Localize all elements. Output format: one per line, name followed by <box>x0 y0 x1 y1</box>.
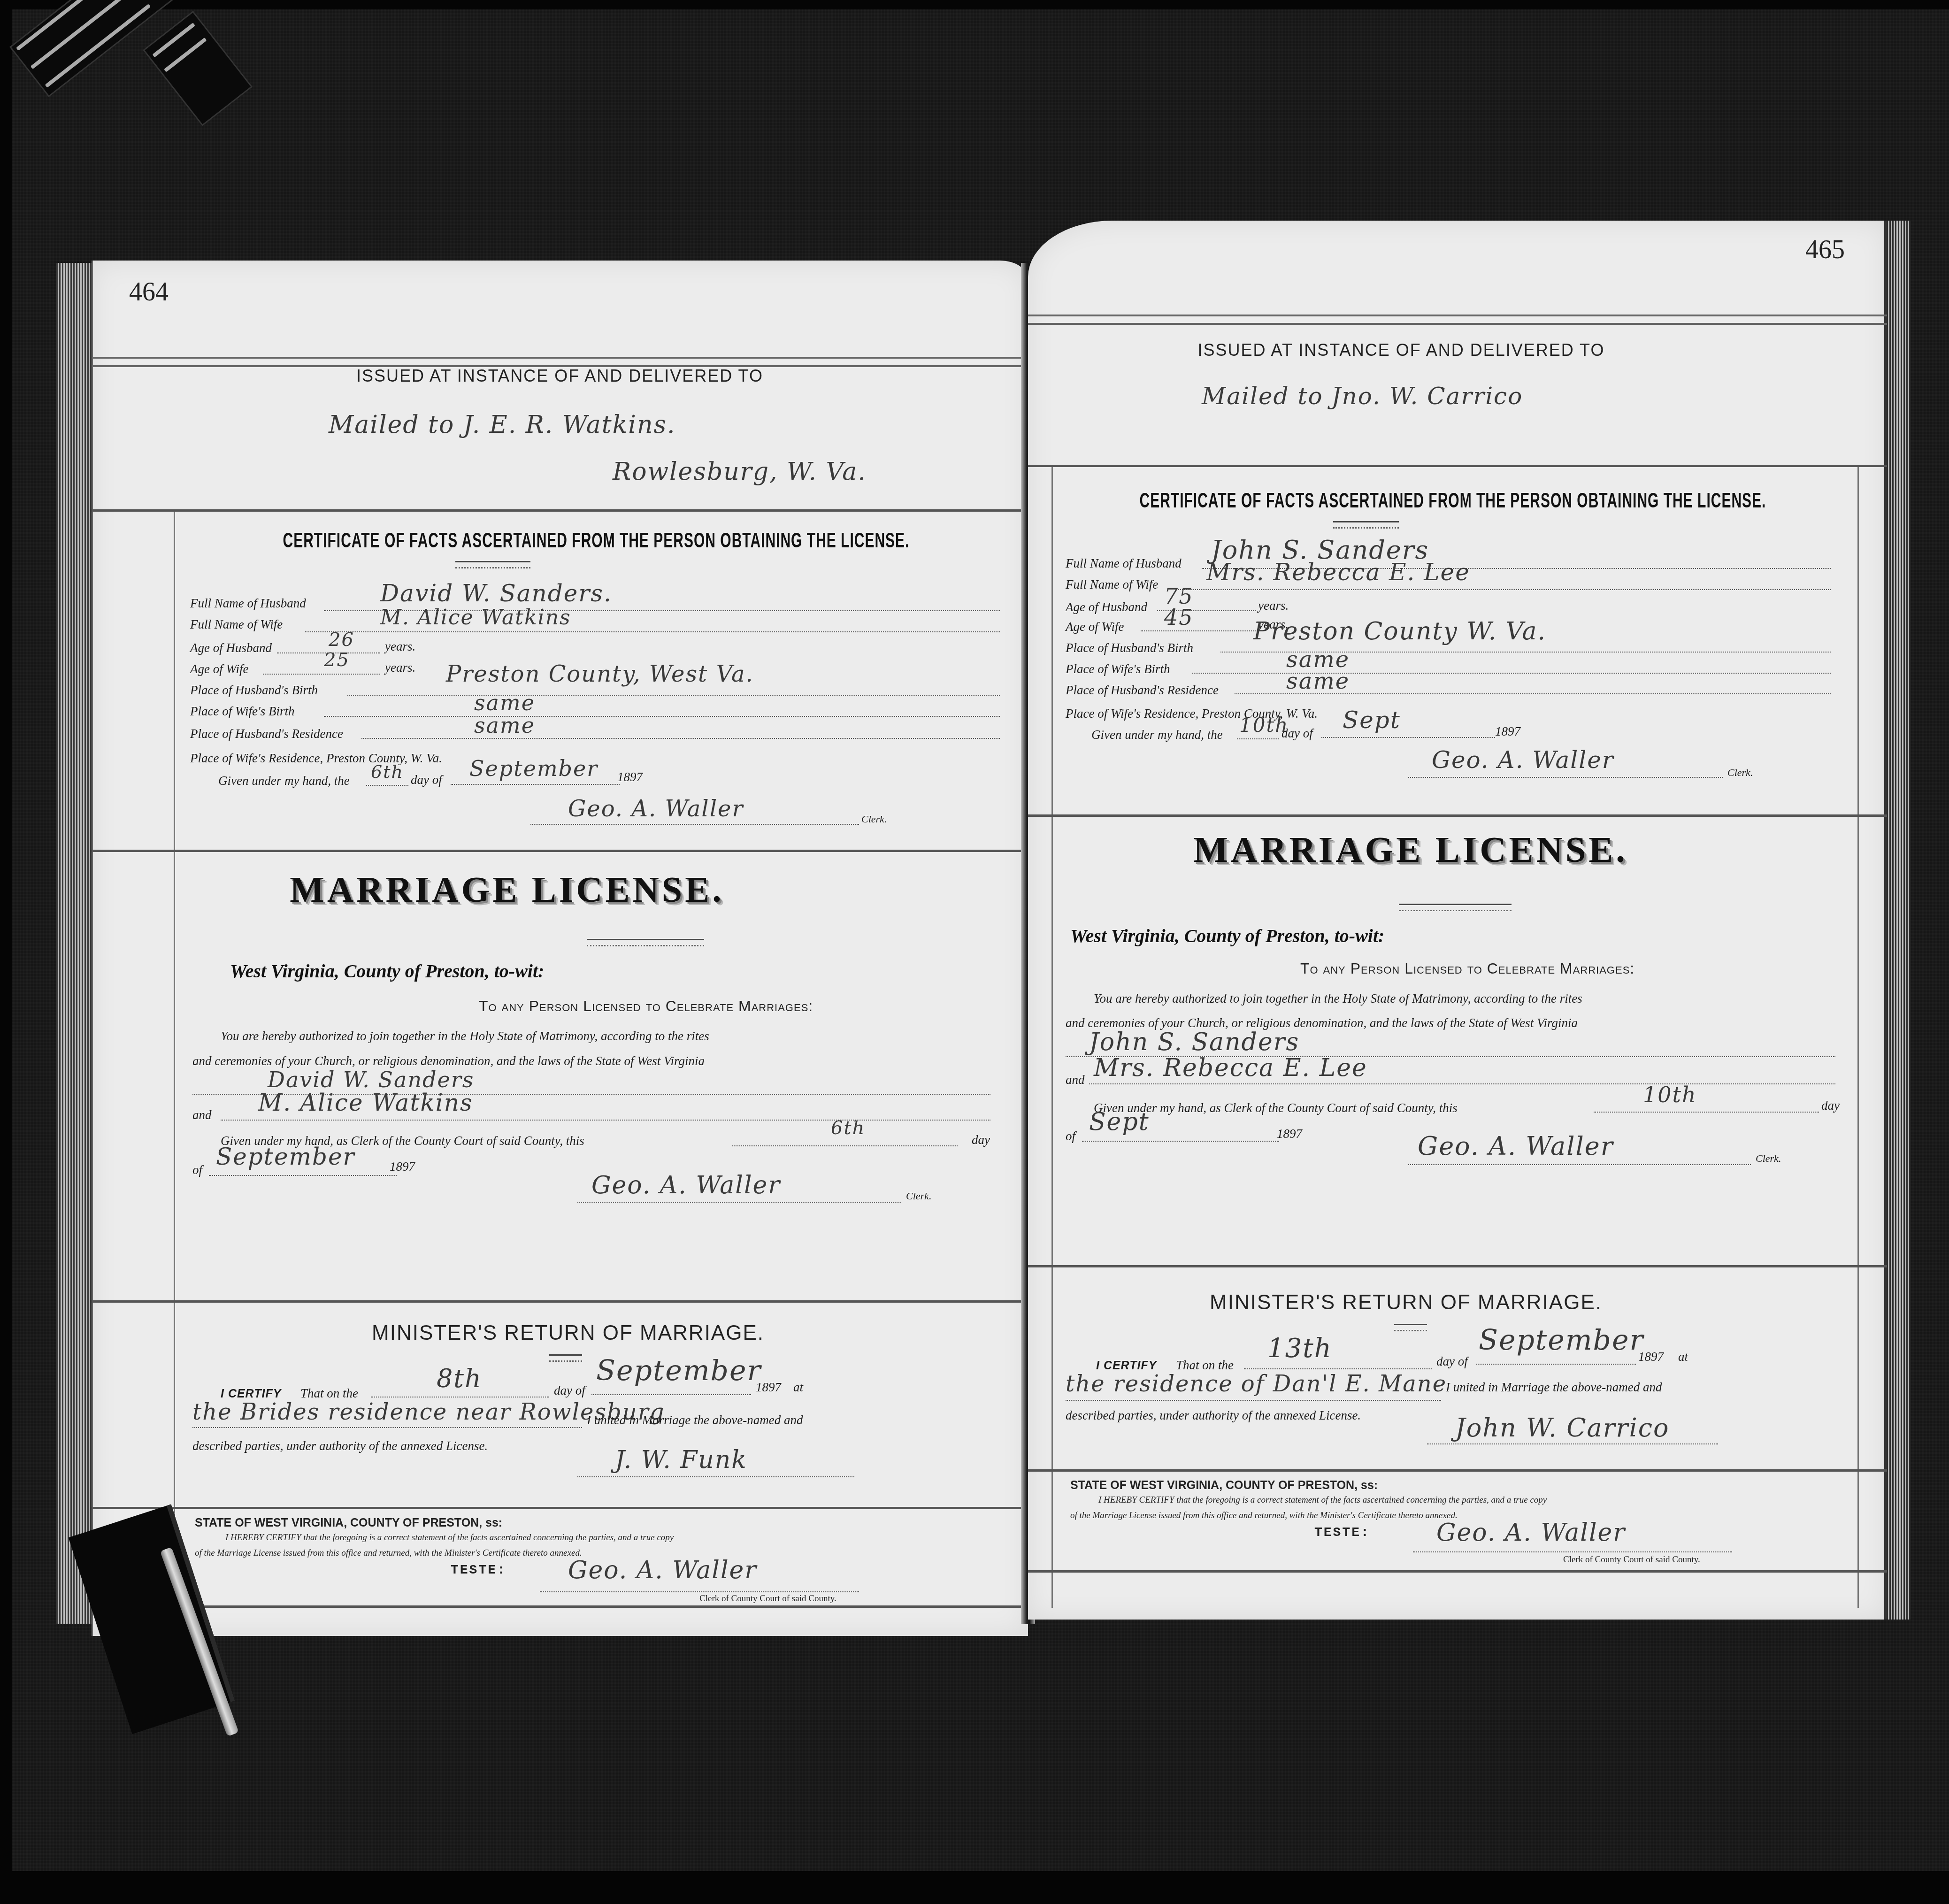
state-clerk-signature: Geo. A. Waller <box>1436 1519 1626 1547</box>
years-label: years. <box>1258 599 1289 613</box>
day-of-label: day of <box>554 1383 585 1398</box>
wife-birth-value: same <box>474 690 535 715</box>
minister-signature: John W. Carrico <box>1455 1413 1669 1443</box>
dotted-line <box>1408 1164 1751 1165</box>
teste-label: TESTE: <box>451 1563 506 1578</box>
given-prefix: Given under my hand, the <box>218 774 350 788</box>
license-section: MARRIAGE LICENSE. West Virginia, County … <box>1051 817 1854 1183</box>
cert-given-month: Sept <box>1343 706 1401 734</box>
divider-ornament <box>587 939 704 946</box>
dotted-line <box>209 1175 397 1176</box>
years-label: years. <box>385 660 415 675</box>
license-given-month: September <box>216 1143 355 1170</box>
minister-return-title: MINISTER'S RETURN OF MARRIAGE. <box>1005 1291 1807 1314</box>
united-text: I united in Marriage the above-named and <box>1446 1380 1662 1395</box>
dotted-line <box>1089 1083 1835 1084</box>
left-margin-line <box>92 261 93 1636</box>
dotted-line <box>577 1476 854 1477</box>
wife-name-label: Full Name of Wife <box>190 617 283 632</box>
film-border-top <box>0 0 1949 9</box>
state-certification-section: STATE OF WEST VIRGINIA, COUNTY OF PRESTO… <box>174 1509 1019 1612</box>
dotted-line <box>1066 1400 1441 1401</box>
certificate-section: CERTIFICATE OF FACTS ASCERTAINED FROM TH… <box>174 512 1019 704</box>
clerk-caption: Clerk of County Court of said County. <box>699 1594 836 1604</box>
minister-year: 1897 <box>756 1380 781 1395</box>
dotted-line <box>221 1120 990 1121</box>
at-label: at <box>1678 1350 1688 1364</box>
minister-return-section: MINISTER'S RETURN OF MARRIAGE. I CERTIFY… <box>1051 1267 1854 1465</box>
dotted-line <box>1244 1368 1432 1369</box>
minister-return-section: MINISTER'S RETURN OF MARRIAGE. I CERTIFY… <box>174 1303 1019 1505</box>
dotted-line <box>1408 777 1723 778</box>
divider-ornament <box>1394 1324 1427 1331</box>
husband-age-label: Age of Husband <box>1066 600 1147 614</box>
dotted-line <box>1594 1112 1819 1113</box>
film-border-left <box>0 0 12 1904</box>
dotted-line <box>1427 1443 1718 1444</box>
clerk-caption: Clerk of County Court of said County. <box>1563 1555 1700 1565</box>
clerk-label: Clerk. <box>1756 1152 1781 1165</box>
issued-heading: ISSUED AT INSTANCE OF AND DELIVERED TO <box>92 366 1028 386</box>
dotted-line <box>1476 1364 1636 1365</box>
of-label: of <box>1066 1129 1075 1144</box>
left-page: 464 ISSUED AT INSTANCE OF AND DELIVERED … <box>92 261 1028 1636</box>
and-label: and <box>1066 1073 1085 1087</box>
dotted-line <box>305 631 1000 632</box>
described-text: described parties, under authority of th… <box>192 1439 488 1453</box>
dotted-line <box>192 1427 582 1428</box>
dotted-line <box>591 1394 751 1395</box>
years-label: years. <box>385 639 415 654</box>
state-heading: STATE OF WEST VIRGINIA, COUNTY OF PRESTO… <box>1070 1479 1378 1492</box>
clerk-label: Clerk. <box>1727 767 1753 779</box>
state-clerk-signature: Geo. A. Waller <box>568 1556 757 1584</box>
husband-age-value: 26 <box>329 629 354 651</box>
husband-birth-value: Preston County, West Va. <box>446 661 754 687</box>
cert-clerk-signature: Geo. A. Waller <box>568 796 744 822</box>
dotted-line <box>1237 738 1279 739</box>
husband-birth-label: Place of Husband's Birth <box>190 683 318 698</box>
wife-age-label: Age of Wife <box>190 662 248 676</box>
husband-name-label: Full Name of Husband <box>190 596 306 611</box>
minister-day: 8th <box>437 1364 482 1393</box>
inner-right-margin-line <box>1857 467 1859 1608</box>
clerk-label: Clerk. <box>906 1190 931 1202</box>
and-label: and <box>192 1108 212 1122</box>
wife-age-value: 25 <box>324 649 350 671</box>
license-party-1: David W. Sanders <box>268 1067 474 1092</box>
wife-age-value: 45 <box>1164 605 1194 630</box>
dotted-line <box>366 785 408 786</box>
certificate-section-lower: Place of Wife's Birth same Place of Husb… <box>174 704 1019 836</box>
given-prefix: Given under my hand, the <box>1091 728 1223 742</box>
license-given-day: 10th <box>1643 1082 1697 1107</box>
minister-month: September <box>1479 1324 1644 1357</box>
license-given-year: 1897 <box>390 1159 415 1174</box>
certificate-section: CERTIFICATE OF FACTS ASCERTAINED FROM TH… <box>1051 467 1854 655</box>
day-label: day <box>1821 1098 1840 1113</box>
section-rule <box>92 1605 1028 1608</box>
wife-residence-label: Place of Wife's Residence, Preston Count… <box>190 751 442 766</box>
state-cert-line-2: of the Marriage License issued from this… <box>195 1548 582 1559</box>
cert-given-month: September <box>469 756 598 781</box>
issued-to-handwritten: Mailed to Jno. W. Carrico <box>1202 383 1523 410</box>
divider-ornament <box>1399 904 1512 911</box>
license-party-1: John S. Sanders <box>1089 1028 1299 1056</box>
husband-birth-value: Preston County W. Va. <box>1253 617 1546 645</box>
day-of-label: day of <box>1436 1354 1468 1369</box>
certificate-title: CERTIFICATE OF FACTS ASCERTAINED FROM TH… <box>174 529 1019 553</box>
dotted-line <box>540 1591 859 1592</box>
dotted-line <box>324 716 1000 717</box>
license-title: MARRIAGE LICENSE. <box>1009 829 1812 871</box>
license-given-year: 1897 <box>1277 1127 1302 1141</box>
minister-return-title: MINISTER'S RETURN OF MARRIAGE. <box>146 1321 990 1345</box>
license-clerk-signature: Geo. A. Waller <box>1418 1131 1614 1161</box>
at-label: at <box>793 1380 803 1395</box>
husband-residence-label: Place of Husband's Residence <box>1066 683 1219 698</box>
right-page: 465 ISSUED AT INSTANCE OF AND DELIVERED … <box>1028 221 1887 1620</box>
husband-residence-value: same <box>474 713 535 738</box>
dotted-line <box>263 674 380 675</box>
cert-given-day: 6th <box>371 761 404 782</box>
license-party-2: Mrs. Rebecca E. Lee <box>1094 1054 1367 1082</box>
dotted-line <box>1321 737 1495 738</box>
dotted-line <box>732 1145 958 1146</box>
dotted-line <box>451 784 620 785</box>
right-margin-line <box>1884 221 1887 1620</box>
dotted-line <box>577 1202 901 1203</box>
page-number: 465 <box>1805 235 1845 265</box>
divider-ornament <box>455 561 530 568</box>
wife-name-value: M. Alice Watkins <box>380 606 571 630</box>
issued-to-handwritten: Mailed to J. E. R. Watkins. <box>329 411 676 439</box>
minister-month: September <box>596 1354 761 1387</box>
cert-clerk-signature: Geo. A. Waller <box>1432 746 1614 774</box>
day-label: day <box>972 1133 990 1147</box>
dotted-line <box>347 695 1000 696</box>
state-cert-line-2: of the Marriage License issued from this… <box>1070 1511 1458 1521</box>
license-section: MARRIAGE LICENSE. West Virginia, County … <box>174 852 1019 1218</box>
page-number: 464 <box>129 277 169 307</box>
husband-residence-label: Place of Husband's Residence <box>190 727 343 741</box>
license-body-1: You are hereby authorized to join togeth… <box>221 1023 1019 1049</box>
certificate-section-lower: Place of Wife's Birth same Place of Husb… <box>1051 655 1854 796</box>
cert-given-year: 1897 <box>1495 724 1520 739</box>
issued-address-handwritten: Rowlesburg, W. Va. <box>613 458 867 486</box>
husband-name-value: David W. Sanders. <box>380 580 612 607</box>
wife-birth-label: Place of Wife's Birth <box>1066 662 1170 676</box>
wife-name-value: Mrs. Rebecca E. Lee <box>1206 559 1470 586</box>
dotted-line <box>361 738 1000 739</box>
state-cert-line-1: I HEREBY CERTIFY that the foregoing is a… <box>225 1533 674 1543</box>
header-rule <box>1028 315 1887 325</box>
certificate-title: CERTIFICATE OF FACTS ASCERTAINED FROM TH… <box>1051 489 1854 513</box>
section-rule <box>1028 1570 1887 1573</box>
cert-given-year: 1897 <box>617 770 643 784</box>
minister-day: 13th <box>1267 1333 1332 1364</box>
day-of-label: day of <box>411 773 442 787</box>
header-rule <box>92 357 1028 367</box>
wife-age-label: Age of Wife <box>1066 620 1124 634</box>
husband-birth-label: Place of Husband's Birth <box>1066 641 1193 655</box>
of-label: of <box>192 1163 202 1177</box>
wife-birth-label: Place of Wife's Birth <box>190 704 295 719</box>
license-clerk-signature: Geo. A. Waller <box>591 1171 781 1199</box>
license-party-2: M. Alice Watkins <box>258 1089 473 1116</box>
minister-year: 1897 <box>1638 1350 1664 1364</box>
husband-residence-value: same <box>1286 668 1350 694</box>
state-cert-line-1: I HEREBY CERTIFY that the foregoing is a… <box>1098 1495 1547 1505</box>
dotted-line <box>1141 630 1256 631</box>
teste-label: TESTE: <box>1314 1526 1370 1540</box>
address-line: To any Person Licensed to Celebrate Marr… <box>479 998 813 1015</box>
wife-name-label: Full Name of Wife <box>1066 577 1158 592</box>
issued-heading: ISSUED AT INSTANCE OF AND DELIVERED TO <box>972 340 1831 360</box>
dotted-line <box>1178 589 1831 590</box>
husband-age-label: Age of Husband <box>190 641 272 655</box>
county-line: West Virginia, County of Preston, to-wit… <box>230 960 544 982</box>
license-body-1: You are hereby authorized to join togeth… <box>1094 986 1854 1011</box>
united-text: I united in Marriage the above-named and <box>587 1413 803 1428</box>
divider-ornament <box>1333 521 1399 529</box>
license-title: MARRIAGE LICENSE. <box>84 868 929 911</box>
state-certification-section: STATE OF WEST VIRGINIA, COUNTY OF PRESTO… <box>1051 1472 1854 1575</box>
license-given-month: Sept <box>1089 1108 1150 1136</box>
clerk-label: Clerk. <box>861 813 887 825</box>
minister-place: the residence of Dan'l E. Mane <box>1066 1371 1447 1397</box>
dotted-line <box>1082 1141 1279 1142</box>
dotted-line <box>371 1397 549 1397</box>
dotted-line <box>530 824 859 825</box>
state-heading: STATE OF WEST VIRGINIA, COUNTY OF PRESTO… <box>195 1516 502 1530</box>
license-given-day: 6th <box>831 1117 865 1139</box>
address-line: To any Person Licensed to Celebrate Marr… <box>1300 960 1634 977</box>
described-text: described parties, under authority of th… <box>1066 1408 1361 1423</box>
county-line: West Virginia, County of Preston, to-wit… <box>1070 925 1384 947</box>
dotted-line <box>1413 1551 1732 1552</box>
day-of-label: day of <box>1281 726 1313 741</box>
divider-ornament <box>549 1354 582 1362</box>
film-border-bottom <box>0 1871 1949 1904</box>
husband-name-label: Full Name of Husband <box>1066 556 1182 571</box>
minister-signature: J. W. Funk <box>615 1446 747 1474</box>
